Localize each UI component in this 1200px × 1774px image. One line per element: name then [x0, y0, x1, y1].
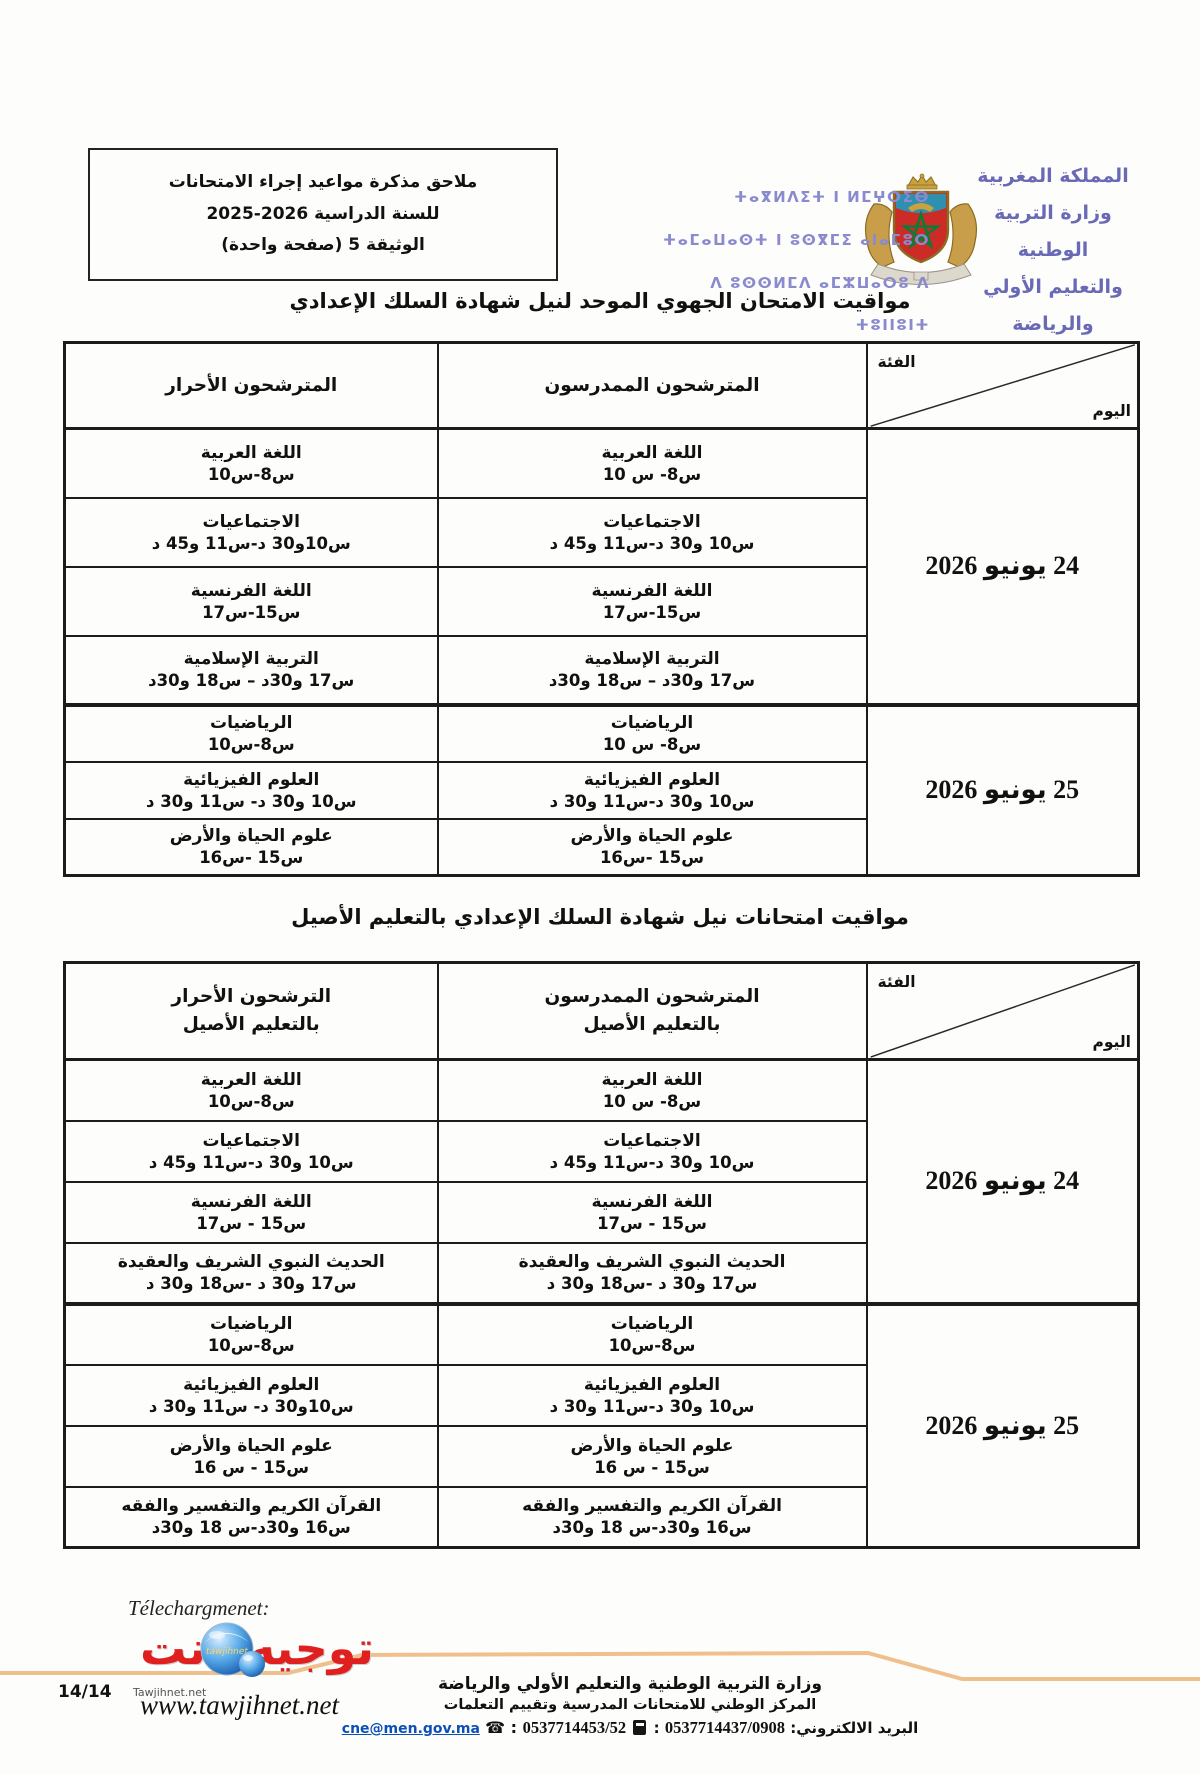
- subject-name: الحديث النبوي الشريف والعقيدة: [443, 1252, 862, 1272]
- subject-time: س8- س 10: [443, 735, 862, 754]
- free-subject-cell: اللغة الفرنسيةس15-س17: [65, 567, 438, 636]
- exam-day-cell: 25 يونيو 2026: [867, 705, 1139, 876]
- subject-row: 25 يونيو 2026الرياضياتس8-س10الرياضياتس8-…: [65, 1304, 1139, 1365]
- subject-time: س15 - س17: [70, 1214, 433, 1233]
- subject-time: س15 - س17: [443, 1214, 862, 1233]
- free-subject-cell: علوم الحياة والأرضس15 -س16: [65, 819, 438, 876]
- subject-time: س8- س 10: [443, 1092, 862, 1111]
- corner-cell: الفئةاليوم: [867, 343, 1139, 429]
- schooled-subject-cell: الرياضياتس8-س10: [438, 1304, 867, 1365]
- schooled-subject-cell: اللغة العربيةس8- س 10: [438, 429, 867, 498]
- schooled-subject-cell: العلوم الفيزيائيةس10 و30 د-س11 و30 د: [438, 1365, 867, 1426]
- tifinagh-line2: ⵜⴰⵎⴰⵡⴰⵙⵜ ⵏ ⵓⵙⴳⵎⵉ ⴰⵏⴰⵎⵓⵔ: [648, 219, 930, 262]
- phone-number-2: 0537714437/0908: [665, 1718, 785, 1737]
- subject-time: س10و30 د- س11 و30 د: [70, 1397, 433, 1416]
- subject-name: القرآن الكريم والتفسير والفقه: [443, 1496, 862, 1516]
- corner-label-day: اليوم: [1092, 1033, 1131, 1051]
- table2-title: مواقيت امتحانات نيل شهادة السلك الإعدادي…: [0, 905, 1200, 929]
- schooled-subject-cell: اللغة الفرنسيةس15-س17: [438, 567, 867, 636]
- free-subject-cell: الاجتماعياتس10و30 د-س11 و45 د: [65, 498, 438, 567]
- corner-label-day: اليوم: [1092, 402, 1131, 420]
- subject-name: علوم الحياة والأرض: [443, 1436, 862, 1456]
- subject-row: 24 يونيو 2026اللغة العربيةس8- س 10اللغة …: [65, 1060, 1139, 1121]
- telephone-icon: ☎ :: [485, 1718, 522, 1737]
- subject-name: اللغة العربية: [70, 1070, 433, 1090]
- original-education-schedule-table-container: الفئةاليومالمترشحون الممدرسونبالتعليم ال…: [63, 961, 1137, 1549]
- subject-time: س8-س10: [443, 1336, 862, 1355]
- free-subject-cell: اللغة الفرنسيةس15 - س17: [65, 1182, 438, 1243]
- subject-time: س8-س10: [70, 1092, 433, 1111]
- subject-name: اللغة الفرنسية: [70, 1192, 433, 1212]
- tifinagh-line1: ⵜⴰⴳⵍⴷⵉⵜ ⵏ ⵍⵎⵖⵔⵉⴱ: [648, 176, 930, 219]
- free-subject-cell: علوم الحياة والأرضس15 - س 16: [65, 1426, 438, 1487]
- subject-name: العلوم الفيزيائية: [443, 1375, 862, 1395]
- subject-name: الاجتماعيات: [70, 512, 433, 532]
- subject-time: س8-س10: [70, 735, 433, 754]
- schooled-subject-cell: التربية الإسلاميةس17 و30د – س18 و30د: [438, 636, 867, 705]
- subject-name: علوم الحياة والأرض: [443, 826, 862, 846]
- free-subject-cell: الحديث النبوي الشريف والعقيدةس17 و30 د -…: [65, 1243, 438, 1304]
- ministry-header-tifinagh: ⵜⴰⴳⵍⴷⵉⵜ ⵏ ⵍⵎⵖⵔⵉⴱ ⵜⴰⵎⴰⵡⴰⵙⵜ ⵏ ⵓⵙⴳⵎⵉ ⴰⵏⴰⵎⵓⵔ…: [648, 176, 930, 347]
- subject-time: س17 و30 د -س18 و30 د: [443, 1274, 862, 1293]
- subject-time: س8-س10: [70, 1336, 433, 1355]
- subject-time: س10 و30 د- س11 و30 د: [70, 792, 433, 811]
- free-subject-cell: الرياضياتس8-س10: [65, 1304, 438, 1365]
- subject-name: القرآن الكريم والتفسير والفقه: [70, 1496, 433, 1516]
- subject-name: التربية الإسلامية: [70, 649, 433, 669]
- subject-time: س15 - س 16: [70, 1458, 433, 1477]
- subject-name: علوم الحياة والأرض: [70, 1436, 433, 1456]
- subject-name: علوم الحياة والأرض: [70, 826, 433, 846]
- schooled-subject-cell: العلوم الفيزيائيةس10 و30 د-س11 و30 د: [438, 762, 867, 819]
- schooled-subject-cell: علوم الحياة والأرضس15 - س 16: [438, 1426, 867, 1487]
- subject-name: الرياضيات: [443, 713, 862, 733]
- subject-time: س15 - س 16: [443, 1458, 862, 1477]
- schooled-subject-cell: اللغة العربيةس8- س 10: [438, 1060, 867, 1121]
- schooled-candidates-column-header: المترشحون الممدرسون: [438, 343, 867, 429]
- corner-label-category: الفئة: [878, 973, 916, 991]
- free-subject-cell: اللغة العربيةس8-س10: [65, 1060, 438, 1121]
- subject-name: الرياضيات: [70, 713, 433, 733]
- subject-name: اللغة الفرنسية: [443, 1192, 862, 1212]
- schooled-subject-cell: الرياضياتس8- س 10: [438, 705, 867, 762]
- free-subject-cell: العلوم الفيزيائيةس10 و30 د- س11 و30 د: [65, 762, 438, 819]
- subject-name: العلوم الفيزيائية: [70, 770, 433, 790]
- exam-day-cell: 25 يونيو 2026: [867, 1304, 1139, 1548]
- subject-time: س10و30 د-س11 و45 د: [70, 534, 433, 553]
- footer-contact-line: البريد الالكتروني: cne@men.gov.ma ☎ : 05…: [280, 1718, 980, 1738]
- free-subject-cell: العلوم الفيزيائيةس10و30 د- س11 و30 د: [65, 1365, 438, 1426]
- subject-name: اللغة العربية: [443, 1070, 862, 1090]
- schooled-subject-cell: الاجتماعياتس10 و30 د-س11 و45 د: [438, 1121, 867, 1182]
- subject-name: الاجتماعيات: [443, 1131, 862, 1151]
- schooled-candidates-column-header: المترشحون الممدرسونبالتعليم الأصيل: [438, 963, 867, 1060]
- subject-time: س17 و30د – س18 و30د: [443, 671, 862, 690]
- schooled-subject-cell: علوم الحياة والأرضس15 -س16: [438, 819, 867, 876]
- logo-word-tawjih: توجيه: [248, 1625, 374, 1671]
- subject-time: س8-س10: [70, 465, 433, 484]
- free-subject-cell: اللغة العربيةس8-س10: [65, 429, 438, 498]
- free-subject-cell: القرآن الكريم والتفسير والفقهس16 و30د-س …: [65, 1487, 438, 1548]
- subject-time: س15 -س16: [70, 848, 433, 867]
- free-candidates-column-header: المترشحون الأحرار: [65, 343, 438, 429]
- subject-time: س15 -س16: [443, 848, 862, 867]
- logo-small-ball-icon: [238, 1650, 266, 1682]
- subject-time: س10 و30 د-س11 و45 د: [443, 534, 862, 553]
- subject-time: س15-س17: [70, 603, 433, 622]
- exam-day-cell: 24 يونيو 2026: [867, 1060, 1139, 1304]
- subject-name: اللغة الفرنسية: [443, 581, 862, 601]
- free-subject-cell: الرياضياتس8-س10: [65, 705, 438, 762]
- schooled-subject-cell: الاجتماعياتس10 و30 د-س11 و45 د: [438, 498, 867, 567]
- corner-label-category: الفئة: [878, 353, 916, 371]
- schooled-subject-cell: اللغة الفرنسيةس15 - س17: [438, 1182, 867, 1243]
- subject-time: س17 و30 د -س18 و30 د: [70, 1274, 433, 1293]
- free-candidates-column-header: الترشحون الأحراربالتعليم الأصيل: [65, 963, 438, 1060]
- subject-name: الرياضيات: [443, 1314, 862, 1334]
- document-reference-box: ملاحق مذكرة مواعيد إجراء الامتحانات للسن…: [88, 148, 558, 281]
- subject-time: س16 و30د-س 18 و30د: [70, 1518, 433, 1537]
- subject-time: س10 و30 د-س11 و30 د: [443, 1397, 862, 1416]
- subject-name: اللغة الفرنسية: [70, 581, 433, 601]
- free-subject-cell: الاجتماعياتس10 و30 د-س11 و45 د: [65, 1121, 438, 1182]
- exam-day-cell: 24 يونيو 2026: [867, 429, 1139, 705]
- subject-time: س17 و30د – س18 و30د: [70, 671, 433, 690]
- email-label: البريد الالكتروني:: [790, 1719, 918, 1737]
- subject-name: الاجتماعيات: [443, 512, 862, 532]
- subject-time: س10 و30 د-س11 و45 د: [70, 1153, 433, 1172]
- schooled-subject-cell: الحديث النبوي الشريف والعقيدةس17 و30 د -…: [438, 1243, 867, 1304]
- subject-time: س16 و30د-س 18 و30د: [443, 1518, 862, 1537]
- t2-schedule-table: الفئةاليومالمترشحون الممدرسونبالتعليم ال…: [63, 961, 1140, 1549]
- subject-name: العلوم الفيزيائية: [443, 770, 862, 790]
- schooled-subject-cell: القرآن الكريم والتفسير والفقهس16 و30د-س …: [438, 1487, 867, 1548]
- subject-time: س10 و30 د-س11 و45 د: [443, 1153, 862, 1172]
- subject-time: س15-س17: [443, 603, 862, 622]
- memo-title: ملاحق مذكرة مواعيد إجراء الامتحانات: [90, 167, 556, 198]
- school-year: للسنة الدراسية 2026-2025: [90, 199, 556, 230]
- page-number: 14/14: [58, 1682, 112, 1702]
- regional-exam-schedule-table-container: الفئةاليومالمترشحون الممدرسونالمترشحون ا…: [63, 341, 1137, 877]
- subject-row: 24 يونيو 2026اللغة العربيةس8- س 10اللغة …: [65, 429, 1139, 498]
- subject-name: الاجتماعيات: [70, 1131, 433, 1151]
- table1-title: مواقيت الامتحان الجهوي الموحد لنيل شهادة…: [0, 289, 1200, 313]
- subject-name: الحديث النبوي الشريف والعقيدة: [70, 1252, 433, 1272]
- footer-center-name: المركز الوطني للامتحانات المدرسية وتقييم…: [280, 1697, 980, 1713]
- scanned-exam-schedule-document: ملاحق مذكرة مواعيد إجراء الامتحانات للسن…: [0, 0, 1200, 1774]
- fax-icon: [633, 1720, 646, 1735]
- document-number: الوثيقة 5 (صفحة واحدة): [90, 230, 556, 261]
- email-link[interactable]: cne@men.gov.ma: [342, 1721, 480, 1737]
- subject-row: 25 يونيو 2026الرياضياتس8- س 10الرياضياتس…: [65, 705, 1139, 762]
- t1-schedule-table: الفئةاليومالمترشحون الممدرسونالمترشحون ا…: [63, 341, 1140, 877]
- subject-name: الرياضيات: [70, 1314, 433, 1334]
- corner-cell: الفئةاليوم: [867, 963, 1139, 1060]
- subject-name: اللغة العربية: [443, 443, 862, 463]
- free-subject-cell: التربية الإسلاميةس17 و30د – س18 و30د: [65, 636, 438, 705]
- subject-name: اللغة العربية: [70, 443, 433, 463]
- footer-ministry-name: وزارة التربية الوطنية والتعليم الأولي وا…: [280, 1674, 980, 1694]
- phone-number-1: 0537714453/52: [523, 1718, 627, 1737]
- logo-word-net: نت: [140, 1625, 206, 1671]
- footer-ministry-block: وزارة التربية الوطنية والتعليم الأولي وا…: [280, 1674, 980, 1738]
- subject-time: س10 و30 د-س11 و30 د: [443, 792, 862, 811]
- subject-name: العلوم الفيزيائية: [70, 1375, 433, 1395]
- subject-name: التربية الإسلامية: [443, 649, 862, 669]
- subject-time: س8- س 10: [443, 465, 862, 484]
